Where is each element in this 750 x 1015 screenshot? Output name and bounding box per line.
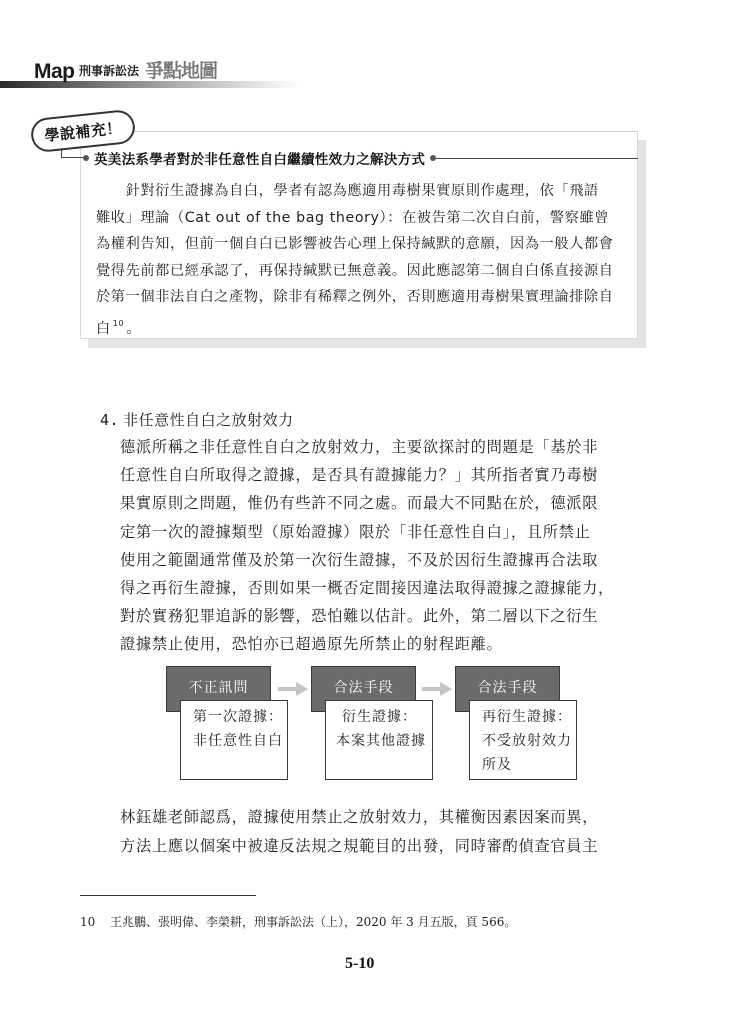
- callout-line: 覺得先前都已經承認了，再保持緘默已無意義。因此應認第二個自白係直接源自: [96, 258, 636, 285]
- header-subject: 刑事訴訟法: [79, 64, 139, 78]
- running-header: Map 刑事訴訟法 爭點地圖: [0, 58, 330, 88]
- step-line: 再衍生證據：: [482, 705, 576, 729]
- section-paragraph-2: 林鈺雄老師認爲，證據使用禁止之放射效力，其權衡因素因案而異， 方法上應以個案中被…: [120, 803, 645, 860]
- footnote-number: 10: [80, 915, 110, 929]
- tag-connector-horizontal: [61, 157, 83, 158]
- page-number: 5-10: [345, 955, 374, 973]
- callout-line-last: 白10。: [96, 311, 636, 343]
- body-line: 德派所稱之非任意性自白之放射效力，主要欲探討的問題是「基於非: [120, 433, 645, 461]
- section-title: 非任意性自白之放射效力: [123, 411, 294, 429]
- callout-line: 為權利告知，但前一個自白已影響被告心理上保持緘默的意願，因為一般人都會: [96, 231, 636, 258]
- callout-last-punct: 。: [126, 321, 141, 337]
- step-line: 不受放射效力: [482, 729, 576, 753]
- header-brand: Map: [34, 61, 75, 83]
- section-heading: 4.非任意性自白之放射效力: [100, 409, 294, 430]
- step-line: 所及: [482, 753, 576, 777]
- footnote-text: 王兆鵬、張明偉、李榮耕，刑事訴訟法（上），2020 年 3 月五版，頁 566。: [110, 915, 516, 929]
- step-line: 第一次證據：: [193, 705, 287, 729]
- footnote: 10王兆鵬、張明偉、李榮耕，刑事訴訟法（上），2020 年 3 月五版，頁 56…: [80, 913, 516, 930]
- step-line: 本案其他證據: [336, 729, 432, 753]
- body-line: 使用之範圍通常僅及於第一次衍生證據，不及於因衍生證據再合法取: [120, 546, 645, 574]
- body-line: 任意性自白所取得之證據，是否具有證據能力？」其所指者實乃毒樹: [120, 461, 645, 489]
- right-arrow-icon: [278, 682, 308, 696]
- callout-top-border: [132, 131, 638, 132]
- body-line: 得之再衍生證據，否則如果一概否定間接因違法取得證據之證據能力，: [120, 574, 645, 602]
- section-paragraph-1: 德派所稱之非任意性自白之放射效力，主要欲探討的問題是「基於非 任意性自白所取得之…: [120, 433, 645, 659]
- callout-line: 難收」理論（Cat out of the bag theory）：在被告第二次自…: [96, 205, 636, 232]
- section-number: 4.: [100, 411, 119, 429]
- callout-line: 針對衍生證據為自白，學者有認為應適用毒樹果實原則作處理，依「飛語: [96, 178, 636, 205]
- step-3-box: 再衍生證據： 不受放射效力 所及: [469, 700, 577, 780]
- right-arrow-icon: [422, 682, 452, 696]
- bullet-dot-icon: [83, 155, 89, 161]
- step-line: 非任意性自白: [193, 729, 287, 753]
- footnote-ref[interactable]: 10: [113, 319, 124, 328]
- header-series: 爭點地圖: [145, 60, 217, 82]
- body-line: 果實原則之問題，惟仍有些許不同之處。而最大不同點在於，德派限: [120, 489, 645, 517]
- step-1-box: 第一次證據： 非任意性自白: [180, 700, 288, 780]
- callout-line: 於第一個非法自白之產物，除非有稀釋之例外，否則應適用毒樹果實理論排除自: [96, 284, 636, 311]
- callout-body: 針對衍生證據為自白，學者有認為應適用毒樹果實原則作處理，依「飛語 難收」理論（C…: [96, 178, 636, 342]
- footnote-rule: [80, 895, 256, 896]
- step-line: 衍生證據：: [342, 705, 432, 729]
- subtitle-rule: [436, 158, 638, 159]
- callout-subtitle-row: 英美法系學者對於非任意性自白繼續性效力之解決方式: [83, 149, 638, 167]
- body-line: 林鈺雄老師認爲，證據使用禁止之放射效力，其權衡因素因案而異，: [120, 803, 645, 832]
- callout-subtitle: 英美法系學者對於非任意性自白繼續性效力之解決方式: [94, 148, 425, 168]
- body-line: 定第一次的證據類型（原始證據）限於「非任意性自白」，且所禁止: [120, 518, 645, 546]
- body-line: 方法上應以個案中被違反法規之規範目的出發，同時審酌偵查官員主: [120, 832, 645, 861]
- callout-last-text: 白: [96, 321, 111, 337]
- step-2-box: 衍生證據： 本案其他證據: [325, 700, 433, 780]
- body-line: 證據禁止使用，恐怕亦已超過原先所禁止的射程距離。: [120, 630, 645, 658]
- body-line: 對於實務犯罪追訴的影響，恐怕難以估計。此外，第二層以下之衍生: [120, 602, 645, 630]
